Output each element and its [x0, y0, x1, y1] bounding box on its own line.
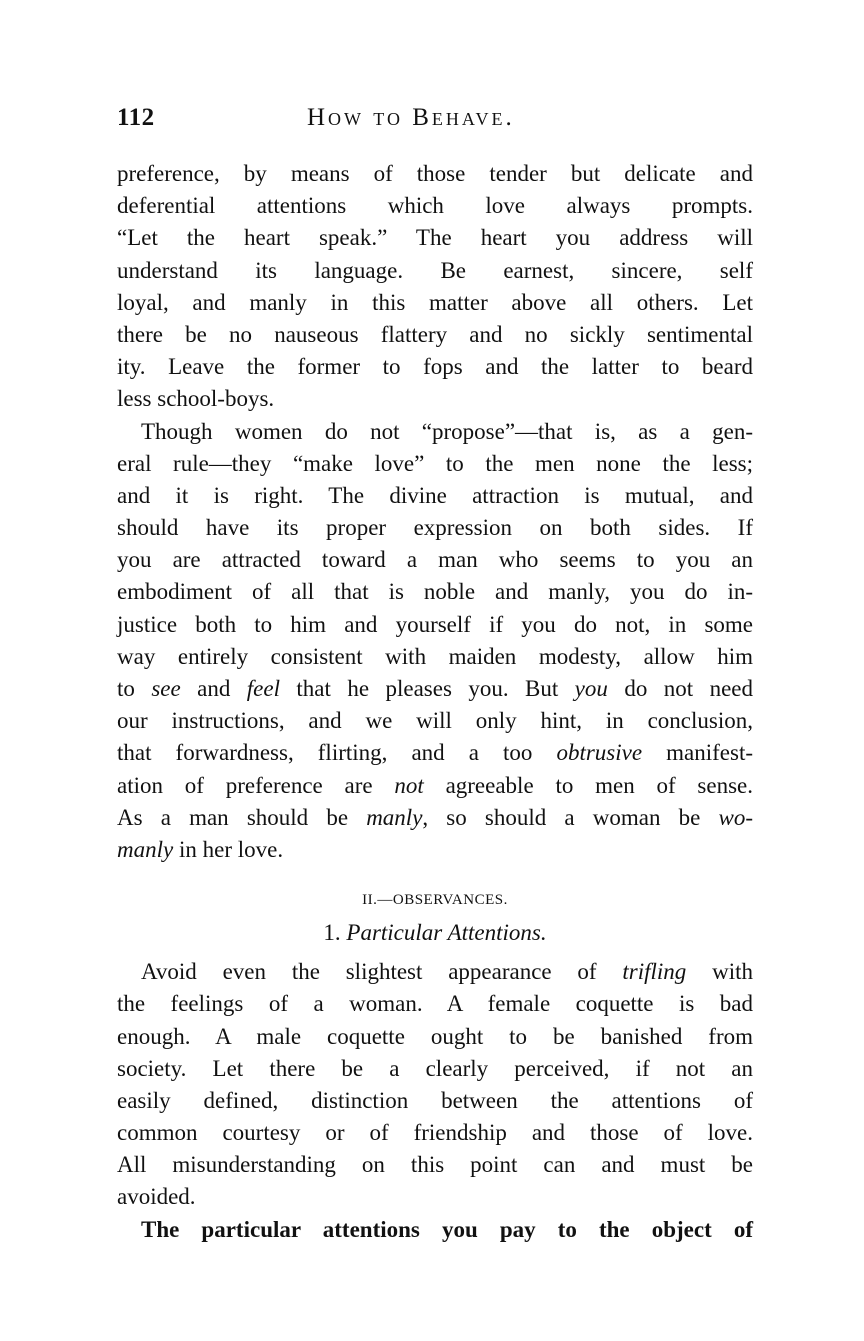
text-run: agreeable to men of sense. [424, 773, 753, 798]
subsection-number: 1. [323, 920, 340, 945]
text-run: manifest- [642, 740, 753, 765]
text-line: “Let the heart speak.” The heart you add… [117, 222, 753, 254]
text-line: Avoid even the slightest appearance of t… [117, 956, 753, 988]
italic-emphasis: obtrusive [556, 740, 642, 765]
text-run: , so should a woman be [422, 805, 718, 830]
text-line: the feelings of a woman. A female coquet… [117, 988, 753, 1020]
italic-emphasis: you [575, 676, 608, 701]
italic-emphasis: see [151, 676, 180, 701]
text-line: to see and feel that he pleases you. But… [117, 673, 753, 705]
text-line: enough. A male coquette ought to be bani… [117, 1021, 753, 1053]
book-page: 112 How to Behave. preference, by means … [117, 100, 753, 1246]
text-line: easily defined, distinction between the … [117, 1085, 753, 1117]
text-line: ity. Leave the former to fops and the la… [117, 351, 753, 383]
italic-emphasis: wo- [719, 805, 754, 830]
text-run: with [686, 959, 753, 984]
section-heading: II.—OBSERVANCES. [117, 888, 753, 912]
text-line: The particular attentions you pay to the… [117, 1214, 753, 1246]
text-line: understand its language. Be earnest, sin… [117, 255, 753, 287]
text-line: society. Let there be a clearly perceive… [117, 1053, 753, 1085]
text-line: All misunderstanding on this point can a… [117, 1149, 753, 1181]
subsection-title: Particular Attentions. [346, 920, 546, 945]
text-line: eral rule—they “make love” to the men no… [117, 448, 753, 480]
paragraph-continuation: preference, by means of those tender but… [117, 158, 753, 416]
text-run: that forwardness, flirting, and a too [117, 740, 556, 765]
italic-emphasis: feel [247, 676, 280, 701]
text-line: Though women do not “propose”—that is, a… [117, 416, 753, 448]
text-line: deferential attentions which love always… [117, 190, 753, 222]
text-line: should have its proper expression on bot… [117, 512, 753, 544]
paragraph-particular-attentions: The particular attentions you pay to the… [117, 1214, 753, 1246]
text-line: manly in her love. [117, 834, 753, 866]
text-run: and [181, 676, 247, 701]
text-line: you are attracted toward a man who seems… [117, 544, 753, 576]
text-run: Avoid even the slightest appearance of [141, 959, 622, 984]
text-line: avoided. [117, 1181, 753, 1213]
text-line: As a man should be manly, so should a wo… [117, 802, 753, 834]
italic-emphasis: manly [117, 837, 173, 862]
text-line: less school-boys. [117, 383, 753, 415]
italic-emphasis: trifling [622, 959, 686, 984]
italic-emphasis: not [394, 773, 423, 798]
text-line: and it is right. The divine attraction i… [117, 480, 753, 512]
text-line: that forwardness, flirting, and a too ob… [117, 737, 753, 769]
running-title: How to Behave. [307, 104, 515, 132]
subsection-heading: 1. Particular Attentions. [117, 912, 753, 954]
text-run: that he pleases you. But [280, 676, 575, 701]
running-header: 112 How to Behave. [117, 100, 753, 140]
text-line: embodiment of all that is noble and manl… [117, 576, 753, 608]
text-run: do not need [608, 676, 753, 701]
text-run: ation of preference are [117, 773, 394, 798]
text-run: in her love. [173, 837, 283, 862]
italic-emphasis: manly [366, 805, 422, 830]
text-line: loyal, and manly in this matter above al… [117, 287, 753, 319]
text-line: justice both to him and yourself if you … [117, 609, 753, 641]
text-line: preference, by means of those tender but… [117, 158, 753, 190]
page-number: 112 [117, 104, 155, 132]
text-line: there be no nauseous flattery and no sic… [117, 319, 753, 351]
text-line: common courtesy or of friendship and tho… [117, 1117, 753, 1149]
text-run: to [117, 676, 151, 701]
body-text: preference, by means of those tender but… [117, 158, 753, 1246]
text-run: As a man should be [117, 805, 366, 830]
paragraph-women-propose: Though women do not “propose”—that is, a… [117, 416, 753, 867]
text-line: our instructions, and we will only hint,… [117, 705, 753, 737]
paragraph-avoid-trifling: Avoid even the slightest appearance of t… [117, 956, 753, 1214]
text-line: way entirely consistent with maiden mode… [117, 641, 753, 673]
text-line: ation of preference are not agreeable to… [117, 770, 753, 802]
